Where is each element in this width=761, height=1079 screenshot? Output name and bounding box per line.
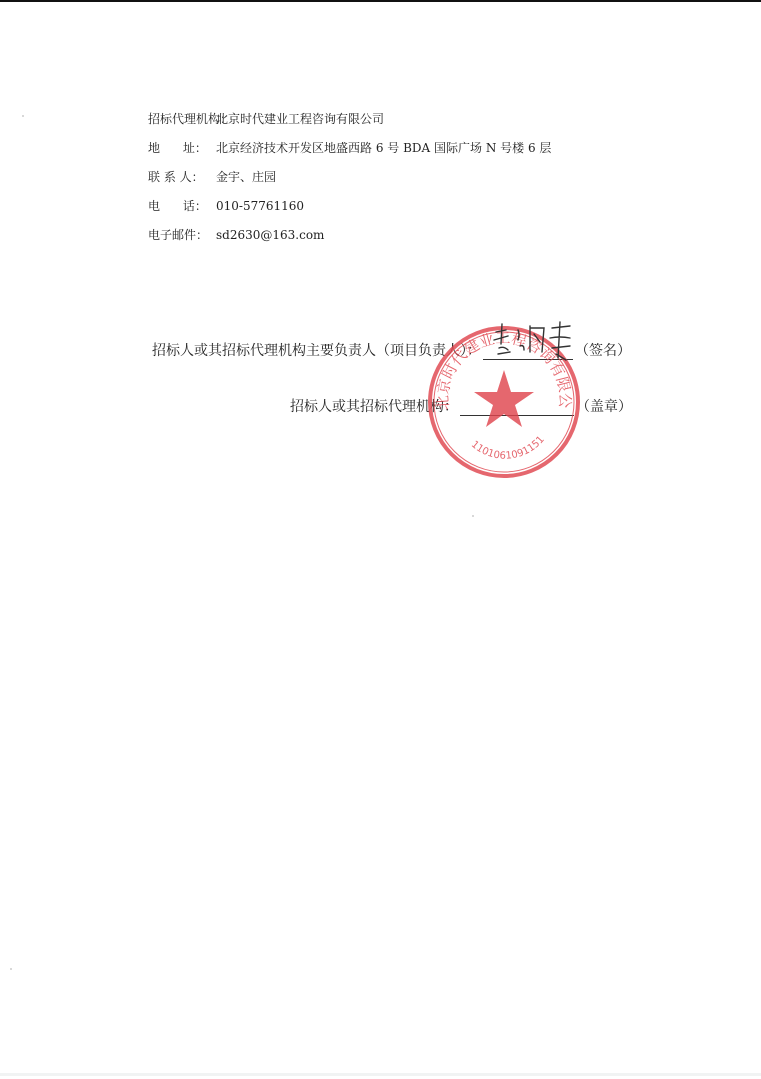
email-row: 电子邮件： sd2630@163.com: [148, 226, 551, 255]
contact-person-value: 金宇、庄园: [216, 168, 276, 197]
contact-person-label: 联 系 人：: [148, 168, 216, 197]
scan-speck: [22, 115, 24, 117]
email-label: 电子邮件：: [148, 226, 216, 255]
phone-row: 电 话： 010-57761160: [148, 197, 551, 226]
phone-label: 电 话：: [148, 197, 216, 226]
contact-info: 招标代理机构： 北京时代建业工程咨询有限公司 地 址： 北京经济技术开发区地盛西…: [148, 110, 551, 255]
scan-speck: [10, 968, 12, 970]
scan-bottom-edge: [0, 1073, 761, 1076]
svg-text:1101061091151: 1101061091151: [469, 434, 547, 462]
seal-line-suffix: （盖章）: [576, 396, 632, 416]
agency-label: 招标代理机构：: [148, 110, 216, 139]
address-label: 地 址：: [148, 139, 216, 168]
phone-value: 010-57761160: [216, 197, 304, 226]
agency-row: 招标代理机构： 北京时代建业工程咨询有限公司: [148, 110, 551, 139]
address-value: 北京经济技术开发区地盛西路 6 号 BDA 国际广场 N 号楼 6 层: [216, 139, 551, 168]
email-value: sd2630@163.com: [216, 226, 324, 255]
address-row: 地 址： 北京经济技术开发区地盛西路 6 号 BDA 国际广场 N 号楼 6 层: [148, 139, 551, 168]
scan-speck: [472, 515, 474, 517]
top-border: [0, 0, 761, 2]
contact-person-row: 联 系 人： 金宇、庄园: [148, 168, 551, 197]
handwritten-signature-icon: [490, 318, 590, 366]
agency-value: 北京时代建业工程咨询有限公司: [216, 110, 384, 139]
